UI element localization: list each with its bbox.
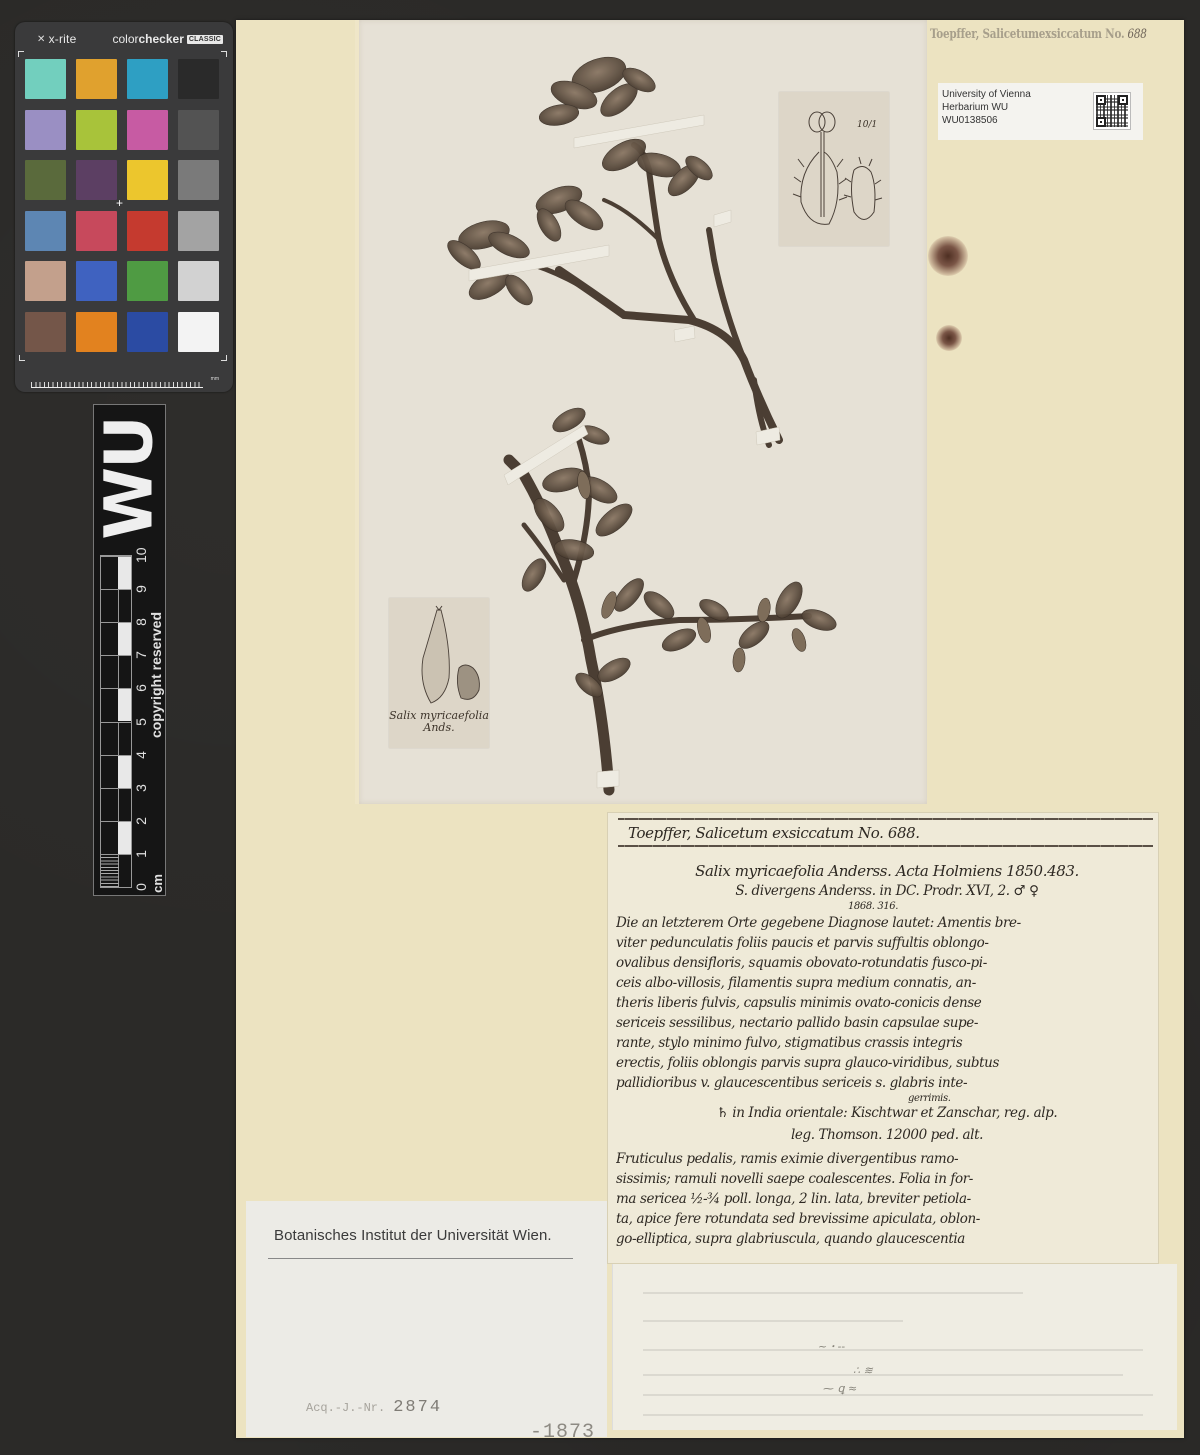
- color-patch: [76, 211, 117, 251]
- accession-number: 2874: [393, 1398, 442, 1417]
- xrite-logo: ✕ x-rite: [37, 32, 76, 46]
- color-patch: [178, 160, 219, 200]
- institute-label: Botanisches Institut der Universität Wie…: [246, 1201, 607, 1437]
- wu-scale-ruler: WU 012345678910 copyright reserved cm: [93, 404, 166, 896]
- color-patch: [76, 261, 117, 301]
- cm-tick-label: 0: [134, 880, 148, 894]
- cm-segment: [101, 788, 131, 821]
- manuscript-line: ovalibus densifloris, squamis obovato-ro…: [616, 953, 1158, 973]
- cm-segment: [101, 622, 131, 655]
- color-patch: [178, 59, 219, 99]
- copyright-text: copyright reserved: [148, 555, 164, 795]
- stain-mark: [936, 325, 962, 351]
- colorchecker-title: colorchecker CLASSIC: [112, 32, 223, 46]
- mm-ruler: [31, 377, 203, 388]
- faded-label: ~ ꞏ ‑‑ ∴ ≋ ⁓ ꝗ ≈: [612, 1264, 1177, 1430]
- stamen-drawing: [779, 92, 889, 246]
- color-patch: [25, 110, 66, 150]
- crosshair-icon: +: [116, 197, 123, 209]
- manuscript-line: Fruticulus pedalis, ramis eximie diverge…: [616, 1149, 1158, 1169]
- specimen-photograph: 10/1 Salix myricaefolia Ands.: [355, 20, 927, 804]
- divider: [268, 1258, 573, 1259]
- manuscript-label: Toepffer, Salicetum exsiccatum No. 688. …: [607, 812, 1159, 1264]
- cm-tick-label: 9: [134, 582, 148, 596]
- cm-segment: [101, 688, 131, 721]
- color-patch: [76, 160, 117, 200]
- color-patch: [127, 261, 168, 301]
- accession-year: -1873: [530, 1421, 595, 1444]
- color-patch: [127, 59, 168, 99]
- manuscript-line: Die an letzterem Orte gegebene Diagnose …: [616, 913, 1158, 933]
- unit-label: cm: [150, 874, 165, 893]
- cm-segment: [101, 655, 131, 688]
- color-patch: [178, 110, 219, 150]
- cm-segment: [101, 821, 131, 854]
- wu-logo: WU: [96, 413, 162, 543]
- herbarium-info: University of Vienna Herbarium WU WU0138…: [942, 88, 1031, 127]
- color-patch: [127, 160, 168, 200]
- cm-segment: [101, 556, 131, 589]
- manuscript-line: sissimis; ramuli novelli saepe coalescen…: [616, 1169, 1158, 1189]
- drawing-caption: Salix myricaefolia Ands.: [389, 710, 489, 734]
- color-patch: [76, 110, 117, 150]
- cm-tick-label: 7: [134, 648, 148, 662]
- corner-mark-icon: [221, 51, 227, 57]
- cm-segment: [101, 589, 131, 622]
- barcode-label: University of Vienna Herbarium WU WU0138…: [938, 83, 1143, 140]
- label-header: Toepffer, Salicetum exsiccatum No. 688.: [628, 823, 1158, 843]
- colorchecker-card: ✕ x-rite colorchecker CLASSIC + mm: [15, 22, 233, 392]
- color-patch: [25, 160, 66, 200]
- manuscript-line: viter pedunculatis foliis paucis et parv…: [616, 933, 1158, 953]
- cm-scale-bar: [100, 555, 132, 888]
- exsiccata-stamp: Toepffer, Salicetumexsiccatum No.688: [930, 27, 1147, 42]
- manuscript-line: ma sericea ½-¾ poll. longa, 2 lin. lata,…: [616, 1189, 1158, 1209]
- institute-title: Botanisches Institut der Universität Wie…: [274, 1227, 552, 1244]
- accession-stamp: Acq.-J.-Nr.2874: [306, 1398, 442, 1417]
- cm-tick-label: 4: [134, 748, 148, 762]
- capsule-drawing: [389, 598, 489, 708]
- qr-code-icon: [1093, 92, 1131, 130]
- color-patch: [25, 211, 66, 251]
- cm-tick-label: 5: [134, 715, 148, 729]
- cm-tick-label: 2: [134, 814, 148, 828]
- manuscript-line: erectis, foliis oblongis parvis supra gl…: [616, 1053, 1158, 1073]
- mm-ticks: [101, 855, 119, 887]
- ruler-unit: mm: [211, 376, 219, 382]
- cm-tick-label: 1: [134, 847, 148, 861]
- stain-mark: [928, 236, 968, 276]
- cm-tick-label: 3: [134, 781, 148, 795]
- color-patch: [127, 312, 168, 352]
- color-patch: [178, 261, 219, 301]
- cm-tick-label: 10: [134, 549, 148, 563]
- manuscript-line: sericeis sessilibus, nectario pallido ba…: [616, 1013, 1158, 1033]
- cm-segment: [101, 755, 131, 788]
- inset-drawing-capsule: Salix myricaefolia Ands.: [389, 598, 489, 748]
- manuscript-line: ta, apice fere rotundata sed brevissime …: [616, 1209, 1158, 1229]
- cm-tick-label: 8: [134, 615, 148, 629]
- corner-mark-icon: [18, 51, 24, 57]
- cm-tick-labels: 012345678910: [134, 555, 148, 895]
- color-patch: [76, 59, 117, 99]
- divider: [618, 845, 1153, 847]
- manuscript-line: ceis albo-villosis, filamentis supra med…: [616, 973, 1158, 993]
- corner-mark-icon: [221, 355, 227, 361]
- manuscript-line: ♄ in India orientale: Kischtwar et Zansc…: [616, 1103, 1158, 1123]
- manuscript-line: go-elliptica, supra glabriuscula, quando…: [616, 1229, 1158, 1249]
- classic-badge: CLASSIC: [187, 35, 223, 44]
- magnification-note: 10/1: [857, 120, 877, 130]
- manuscript-line: Salix myricaefolia Anderss. Acta Holmien…: [616, 861, 1158, 881]
- manuscript-line: leg. Thomson. 12000 ped. alt.: [616, 1125, 1158, 1145]
- catalog-number: WU0138506: [942, 114, 1031, 127]
- color-patch: [25, 59, 66, 99]
- color-patch: [25, 312, 66, 352]
- color-patch: [127, 110, 168, 150]
- manuscript-line: theris liberis fulvis, capsulis minimis …: [616, 993, 1158, 1013]
- color-patch: [127, 211, 168, 251]
- color-patch: [178, 312, 219, 352]
- cm-tick-label: 6: [134, 681, 148, 695]
- color-patch: [25, 261, 66, 301]
- color-patch: [178, 211, 219, 251]
- cm-segment: [101, 722, 131, 755]
- corner-mark-icon: [19, 355, 25, 361]
- divider: [618, 818, 1153, 820]
- xrite-icon: ✕: [37, 34, 46, 45]
- color-patch: [76, 312, 117, 352]
- inset-drawing-stamen: 10/1: [779, 92, 889, 246]
- manuscript-line: rante, stylo minimo fulvo, stigmatibus c…: [616, 1033, 1158, 1053]
